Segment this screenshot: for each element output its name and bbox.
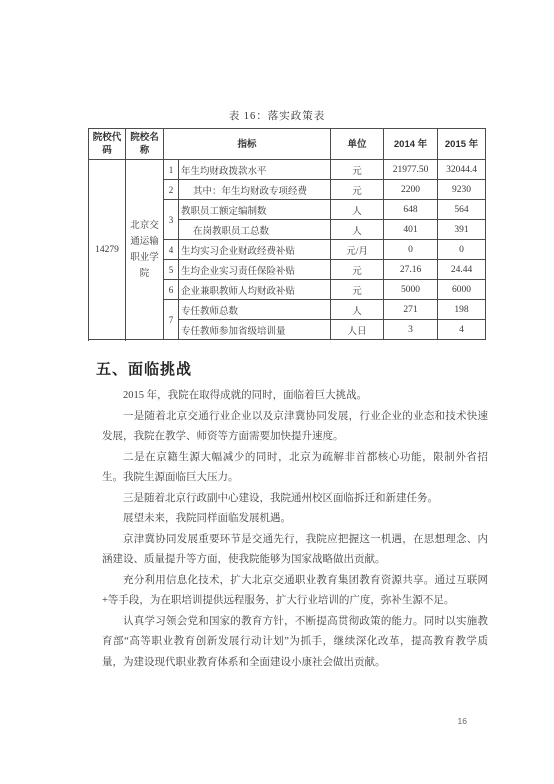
value-2014-cell: 21977.50 <box>384 160 438 180</box>
table-title: 表 16：落实政策表 <box>0 108 554 123</box>
unit-cell: 元 <box>331 160 384 180</box>
paragraph: 充分利用信息化技术，扩大北京交通职业教育集团教育资源共享。通过互联网+等手段，为… <box>102 571 488 612</box>
unit-cell: 人 <box>331 220 384 240</box>
paragraph: 一是随着北京交通行业企业以及京津冀协同发展，行业企业的业态和技术快速发展，我院在… <box>102 407 488 448</box>
value-2014-cell: 648 <box>384 200 438 220</box>
paragraph: 展望未来，我院同样面临发展机遇。 <box>102 509 488 530</box>
row-number: 1 <box>164 160 179 180</box>
indicator-cell: 专任教师参加省级培训量 <box>179 320 331 340</box>
value-2014-cell: 0 <box>384 240 438 260</box>
school-name-cell: 北京交通运输职业学院 <box>126 160 164 340</box>
value-2015-cell: 391 <box>438 220 486 240</box>
row-number: 7 <box>164 300 179 340</box>
row-number: 4 <box>164 240 179 260</box>
unit-cell: 人 <box>331 200 384 220</box>
header-unit: 单位 <box>331 129 384 160</box>
header-indicator: 指标 <box>164 129 331 160</box>
paragraph: 认真学习领会党和国家的教育方针，不断提高贯彻政策的能力。同时以实施教育部“高等职… <box>102 612 488 674</box>
paragraph: 京津冀协同发展重要环节是交通先行，我院应把握这一机遇，在思想理念、内涵建设、质量… <box>102 530 488 571</box>
unit-cell: 元/月 <box>331 240 384 260</box>
value-2015-cell: 198 <box>438 300 486 320</box>
paragraph: 二是在京籍生源大幅减少的同时，北京为疏解非首都核心功能，限制外省招生。我院生源面… <box>102 448 488 489</box>
unit-cell: 人日 <box>331 320 384 340</box>
value-2014-cell: 401 <box>384 220 438 240</box>
indicator-cell: 生均企业实习责任保险补贴 <box>179 260 331 280</box>
indicator-cell: 企业兼职教师人均财政补贴 <box>179 280 331 300</box>
value-2014-cell: 3 <box>384 320 438 340</box>
paragraph: 三是随着北京行政副中心建设，我院通州校区面临拆迁和新建任务。 <box>102 489 488 510</box>
value-2015-cell: 24.44 <box>438 260 486 280</box>
section-heading: 五、面临挑战 <box>96 360 488 380</box>
row-number: 3 <box>164 200 179 240</box>
indicator-cell: 生均实习企业财政经费补贴 <box>179 240 331 260</box>
table-header-row: 院校代码 院校名称 指标 单位 2014 年 2015 年 <box>89 129 486 160</box>
indicator-cell: 在岗教职员工总数 <box>179 220 331 240</box>
value-2015-cell: 0 <box>438 240 486 260</box>
header-year-2015: 2015 年 <box>438 129 486 160</box>
value-2015-cell: 32044.4 <box>438 160 486 180</box>
indicator-cell: 教职员工额定编制数 <box>179 200 331 220</box>
value-2015-cell: 6000 <box>438 280 486 300</box>
policy-table: 院校代码 院校名称 指标 单位 2014 年 2015 年 14279 北京交通… <box>88 128 486 340</box>
value-2015-cell: 4 <box>438 320 486 340</box>
value-2015-cell: 9230 <box>438 180 486 200</box>
header-school-code: 院校代码 <box>89 129 126 160</box>
header-school-name: 院校名称 <box>126 129 164 160</box>
row-number: 5 <box>164 260 179 280</box>
unit-cell: 元 <box>331 180 384 200</box>
value-2014-cell: 27.16 <box>384 260 438 280</box>
value-2014-cell: 5000 <box>384 280 438 300</box>
indicator-cell: 其中：年生均财政专项经费 <box>179 180 331 200</box>
indicator-cell: 年生均财政拨款水平 <box>179 160 331 180</box>
row-number: 6 <box>164 280 179 300</box>
value-2014-cell: 2200 <box>384 180 438 200</box>
document-page: 表 16：落实政策表 院校代码 院校名称 指标 单位 2014 年 2015 年… <box>0 0 554 784</box>
page-number: 16 <box>458 716 467 726</box>
value-2015-cell: 564 <box>438 200 486 220</box>
indicator-cell: 专任教师总数 <box>179 300 331 320</box>
value-2014-cell: 271 <box>384 300 438 320</box>
table-row: 14279 北京交通运输职业学院 1 年生均财政拨款水平 元 21977.50 … <box>89 160 486 180</box>
school-code-cell: 14279 <box>89 160 126 340</box>
unit-cell: 元 <box>331 280 384 300</box>
row-number: 2 <box>164 180 179 200</box>
paragraph: 2015 年，我院在取得成就的同时，面临着巨大挑战。 <box>102 386 488 407</box>
header-year-2014: 2014 年 <box>384 129 438 160</box>
unit-cell: 元 <box>331 260 384 280</box>
section-challenges: 五、面临挑战 2015 年，我院在取得成就的同时，面临着巨大挑战。 一是随着北京… <box>0 360 554 673</box>
unit-cell: 人 <box>331 300 384 320</box>
